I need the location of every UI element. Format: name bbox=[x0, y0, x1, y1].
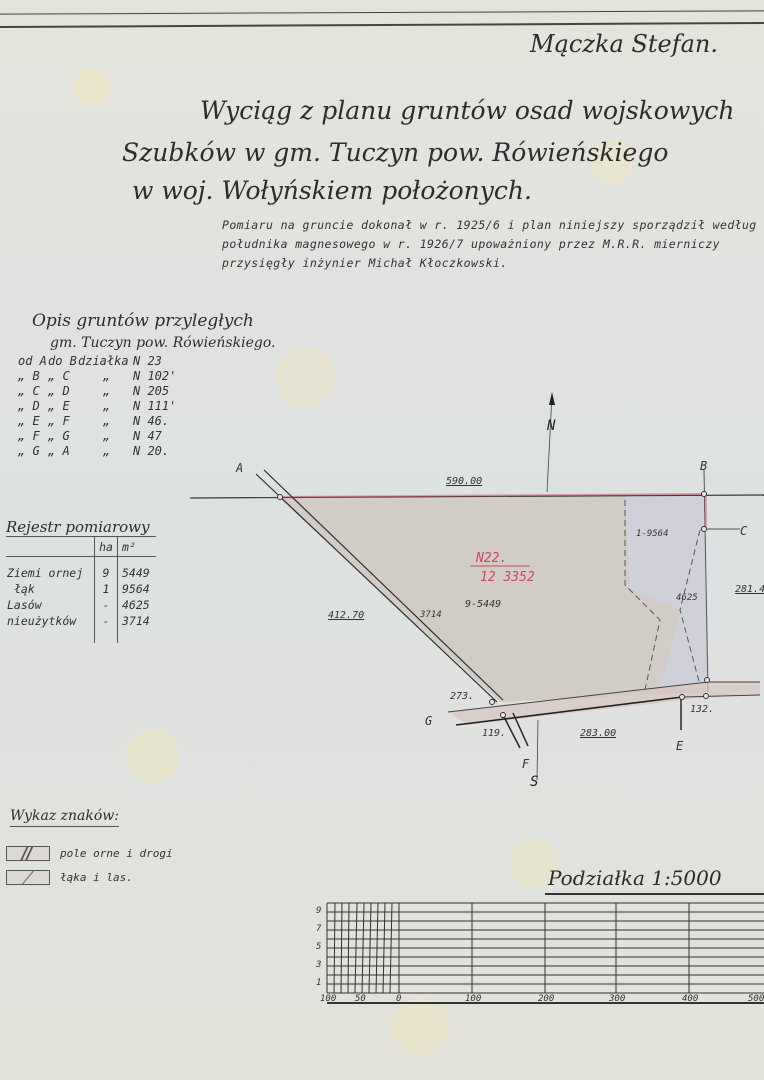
measure-g-offset: 273. bbox=[450, 691, 474, 702]
area-forest: 4625 bbox=[676, 593, 698, 603]
survey-point bbox=[705, 678, 710, 683]
svg-text:5: 5 bbox=[316, 942, 321, 952]
measure-right: 281.4 bbox=[735, 584, 764, 595]
survey-point bbox=[704, 694, 709, 699]
north-arrow-icon bbox=[549, 392, 555, 405]
svg-text:500: 500 bbox=[748, 994, 764, 1004]
measure-bottom: 283.00 bbox=[580, 728, 616, 739]
survey-point bbox=[680, 695, 685, 700]
parcel-number: N22. bbox=[475, 551, 507, 566]
svg-text:3: 3 bbox=[315, 960, 321, 970]
survey-point bbox=[490, 700, 495, 705]
north-label: N bbox=[546, 418, 556, 434]
legend-swatch-meadow-icon bbox=[6, 870, 50, 885]
svg-text:400: 400 bbox=[682, 994, 698, 1004]
area-wasteland: 3714 bbox=[419, 610, 442, 620]
survey-point bbox=[501, 713, 506, 718]
south-label: S bbox=[530, 774, 538, 790]
svg-text:0: 0 bbox=[396, 994, 401, 1004]
legend-swatch-arable-icon bbox=[6, 846, 50, 861]
svg-text:7: 7 bbox=[316, 924, 322, 934]
point-label-g: G bbox=[425, 714, 432, 728]
area-arable: 9-5449 bbox=[465, 599, 501, 610]
meridian-line bbox=[547, 395, 552, 492]
survey-point bbox=[702, 527, 707, 532]
point-label-b: B bbox=[700, 459, 707, 473]
area-meadow: 1-9564 bbox=[636, 529, 669, 539]
measure-f-offset: 119. bbox=[482, 728, 506, 739]
measure-e-offset: 132. bbox=[690, 704, 714, 715]
measure-top: 590.00 bbox=[446, 476, 482, 487]
svg-text:300: 300 bbox=[608, 994, 625, 1004]
legend-item-arable: pole orne i drogi bbox=[6, 846, 173, 861]
svg-text:50: 50 bbox=[355, 994, 366, 1004]
measure-left: 412.70 bbox=[328, 610, 364, 621]
svg-text:200: 200 bbox=[538, 994, 554, 1004]
svg-text:100: 100 bbox=[320, 994, 336, 1004]
svg-text:100: 100 bbox=[465, 994, 481, 1004]
scale-title: Podziałka 1:5000 bbox=[548, 866, 722, 890]
legend-item-meadow: łąka i las. bbox=[6, 870, 133, 885]
point-label-a: A bbox=[235, 461, 243, 475]
point-label-c: C bbox=[740, 524, 748, 538]
survey-point bbox=[702, 492, 707, 497]
survey-point bbox=[278, 495, 283, 500]
legend-title: Wykaz znaków: bbox=[10, 808, 119, 827]
svg-text:9: 9 bbox=[316, 906, 321, 916]
scale-bar: 100 50 0 100 200 300 400 500 9 7 5 3 1 bbox=[300, 895, 764, 1035]
point-label-e: E bbox=[676, 739, 684, 753]
parcel-area: 12 3352 bbox=[480, 570, 535, 585]
point-label-f: F bbox=[522, 757, 530, 771]
svg-text:1: 1 bbox=[316, 978, 321, 988]
